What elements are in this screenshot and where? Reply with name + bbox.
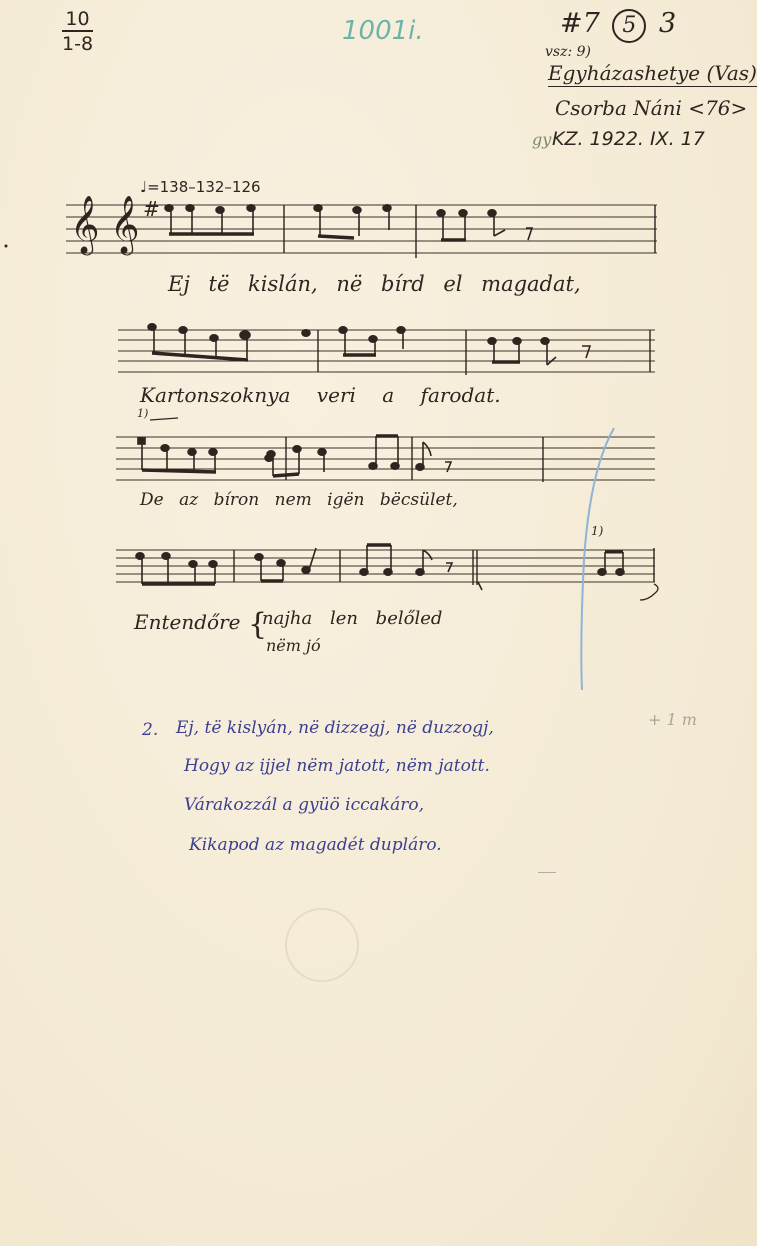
manuscript-page: 10 1-8 1001i. #7 5 3 vsz: 9) Egyházashet… xyxy=(0,0,757,1246)
lyric-line-4b: najha len belőled xyxy=(262,608,442,629)
footnote-mark-2: 1) xyxy=(591,524,603,538)
key-signature-sharp: # xyxy=(143,197,160,221)
pencil-dash xyxy=(538,872,556,873)
verse-2-line-4: Kikapod az magadét dupláro. xyxy=(189,835,442,855)
lyric-line-2: Kartonszoknya veri a farodat. xyxy=(140,383,501,407)
music-staves xyxy=(0,0,757,700)
footnote-mark-1: 1) xyxy=(137,407,148,420)
treble-clef-2: 𝄞 xyxy=(110,194,140,254)
verse-2-line-3: Várakozzál a gyüö iccakáro, xyxy=(184,795,424,815)
lyric-line-1: Ej të kislán, në bírd el magadat, xyxy=(168,272,581,296)
verse-2-line-1: Ej, të kislyán, në dizzegj, në duzzogj, xyxy=(176,718,494,738)
lyric-line-3: De az bíron nem igën bëcsület, xyxy=(140,490,458,510)
verse-2-number: 2. xyxy=(142,720,158,740)
lyric-line-4a: Entendőre xyxy=(134,610,240,634)
margin-note: + 1 m xyxy=(648,710,697,729)
treble-clef-1: 𝄞 xyxy=(70,194,100,254)
faint-stamp xyxy=(285,908,359,982)
lyric-line-4c: nëm jó xyxy=(266,636,321,655)
verse-2-line-2: Hogy az ijjel nëm jatott, nëm jatott. xyxy=(184,756,490,776)
